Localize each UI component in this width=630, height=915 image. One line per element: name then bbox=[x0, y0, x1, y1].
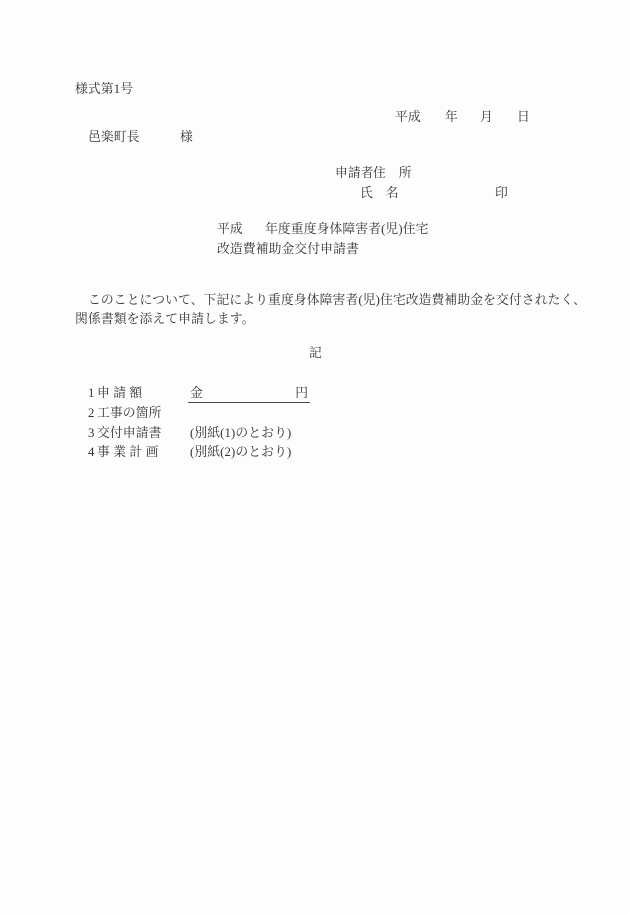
amount-suffix: 円 bbox=[295, 386, 308, 400]
date-year-label: 年 bbox=[445, 110, 458, 124]
title-line1: 年度重度身体障害者(児)住宅 bbox=[265, 222, 429, 236]
seal-label: 印 bbox=[495, 186, 508, 200]
application-form-page: 様式第1号 平成 年 月 日 邑楽町長 様 申請者 住 所 氏 名 印 平成 年… bbox=[0, 0, 630, 915]
item-3-value: (別紙(1)のとおり) bbox=[190, 426, 291, 440]
applicant-name-label: 氏 名 bbox=[360, 186, 399, 200]
item-3-label: 交付申請書 bbox=[97, 426, 161, 440]
item-2-number: 2 bbox=[88, 406, 95, 420]
applicant-address-label: 住 所 bbox=[373, 166, 412, 180]
item-4-value: (別紙(2)のとおり) bbox=[190, 445, 291, 459]
body-line2: 関係書類を添えて申請します。 bbox=[75, 312, 255, 326]
title-era-label: 平成 bbox=[217, 222, 243, 236]
item-1-label: 申 請 額 bbox=[97, 386, 142, 400]
amount-blank-field: 金 円 bbox=[188, 386, 310, 403]
addressee-name: 邑楽町長 bbox=[88, 130, 140, 144]
addressee-honorific: 様 bbox=[180, 130, 193, 144]
form-number: 様式第1号 bbox=[75, 82, 133, 96]
record-heading: 記 bbox=[309, 346, 322, 360]
amount-prefix: 金 bbox=[190, 386, 203, 400]
item-4-label: 事 業 計 画 bbox=[97, 445, 159, 459]
applicant-label: 申請者 bbox=[335, 166, 374, 180]
date-era-label: 平成 bbox=[395, 110, 421, 124]
body-line1: このことについて、下記により重度身体障害者(児)住宅改造費補助金を交付されたく、 bbox=[88, 293, 586, 307]
date-day-label: 日 bbox=[517, 110, 530, 124]
item-3-number: 3 bbox=[88, 426, 95, 440]
date-month-label: 月 bbox=[480, 110, 493, 124]
item-1-number: 1 bbox=[88, 386, 95, 400]
title-line2: 改造費補助金交付申請書 bbox=[217, 242, 359, 256]
item-4-number: 4 bbox=[88, 445, 95, 459]
item-2-label: 工事の箇所 bbox=[97, 406, 161, 420]
